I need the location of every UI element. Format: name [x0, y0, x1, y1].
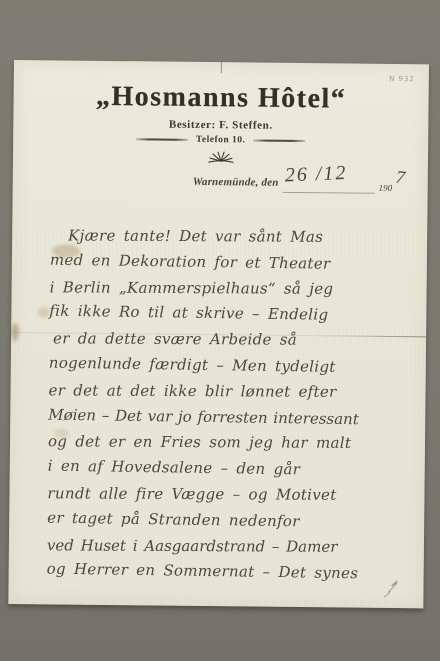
letter-sheet: N 932 „Hosmanns Hôtel“ Besitzer: F. Stef…	[8, 60, 429, 608]
telephone-line: Telefon 10.	[13, 133, 428, 147]
dateline: Warnemünde, den 26 /12 190 7	[190, 164, 418, 208]
hand-line: og Herrer en Sommernat – Det synes	[46, 557, 402, 588]
year-printed-label: 190	[379, 183, 393, 193]
paper-stain	[54, 428, 69, 438]
hand-line: fik ikke Ro til at skrive – Endelig	[49, 299, 405, 330]
handwritten-body: Kjære tante! Det var sånt Mas med en Dek…	[47, 222, 407, 587]
left-rule	[136, 138, 188, 141]
proprietor-line: Besitzer: F. Steffen.	[13, 117, 428, 133]
hand-line: Kjære tante! Det var sånt Mas	[68, 223, 406, 251]
right-rule	[253, 140, 305, 143]
telephone-label: Telefon 10.	[196, 135, 246, 146]
scan-background: N 932 „Hosmanns Hôtel“ Besitzer: F. Stef…	[0, 0, 440, 661]
hand-line: nogenlunde færdigt – Men tydeligt	[49, 351, 405, 382]
hand-line: med en Dekoration for et Theater	[50, 247, 406, 278]
hand-line: ved Huset i Aasgaardstrand – Damer	[47, 533, 403, 561]
paper-stain	[11, 323, 19, 341]
hand-line: rundt alle fire Vægge – og Motivet	[47, 481, 403, 509]
hand-line: er det at det ikke blir lønnet efter	[48, 378, 404, 406]
hand-line: er da dette svære Arbeide så	[53, 327, 405, 355]
date-rule	[283, 192, 375, 194]
paper-stain	[52, 244, 80, 257]
handwritten-day-month: 26 /12	[284, 162, 347, 188]
archive-stamp: N 932	[389, 75, 415, 83]
place-printed-label: Warnemünde, den	[193, 176, 279, 189]
hand-line: og det er en Fries som jeg har malt	[48, 430, 404, 458]
hand-line: er taget på Stranden nedenfor	[47, 505, 403, 536]
paper-stain	[37, 307, 50, 317]
hotel-name: „Hosmanns Hôtel“	[13, 80, 428, 116]
hand-line: i en af Hovedsalene – den går	[48, 454, 404, 485]
pencil-squiggle-mark	[380, 579, 400, 606]
handwritten-year: 7	[395, 167, 406, 189]
top-crease-mark	[221, 62, 222, 73]
printed-letterhead: „Hosmanns Hôtel“ Besitzer: F. Steffen. T…	[13, 80, 429, 171]
